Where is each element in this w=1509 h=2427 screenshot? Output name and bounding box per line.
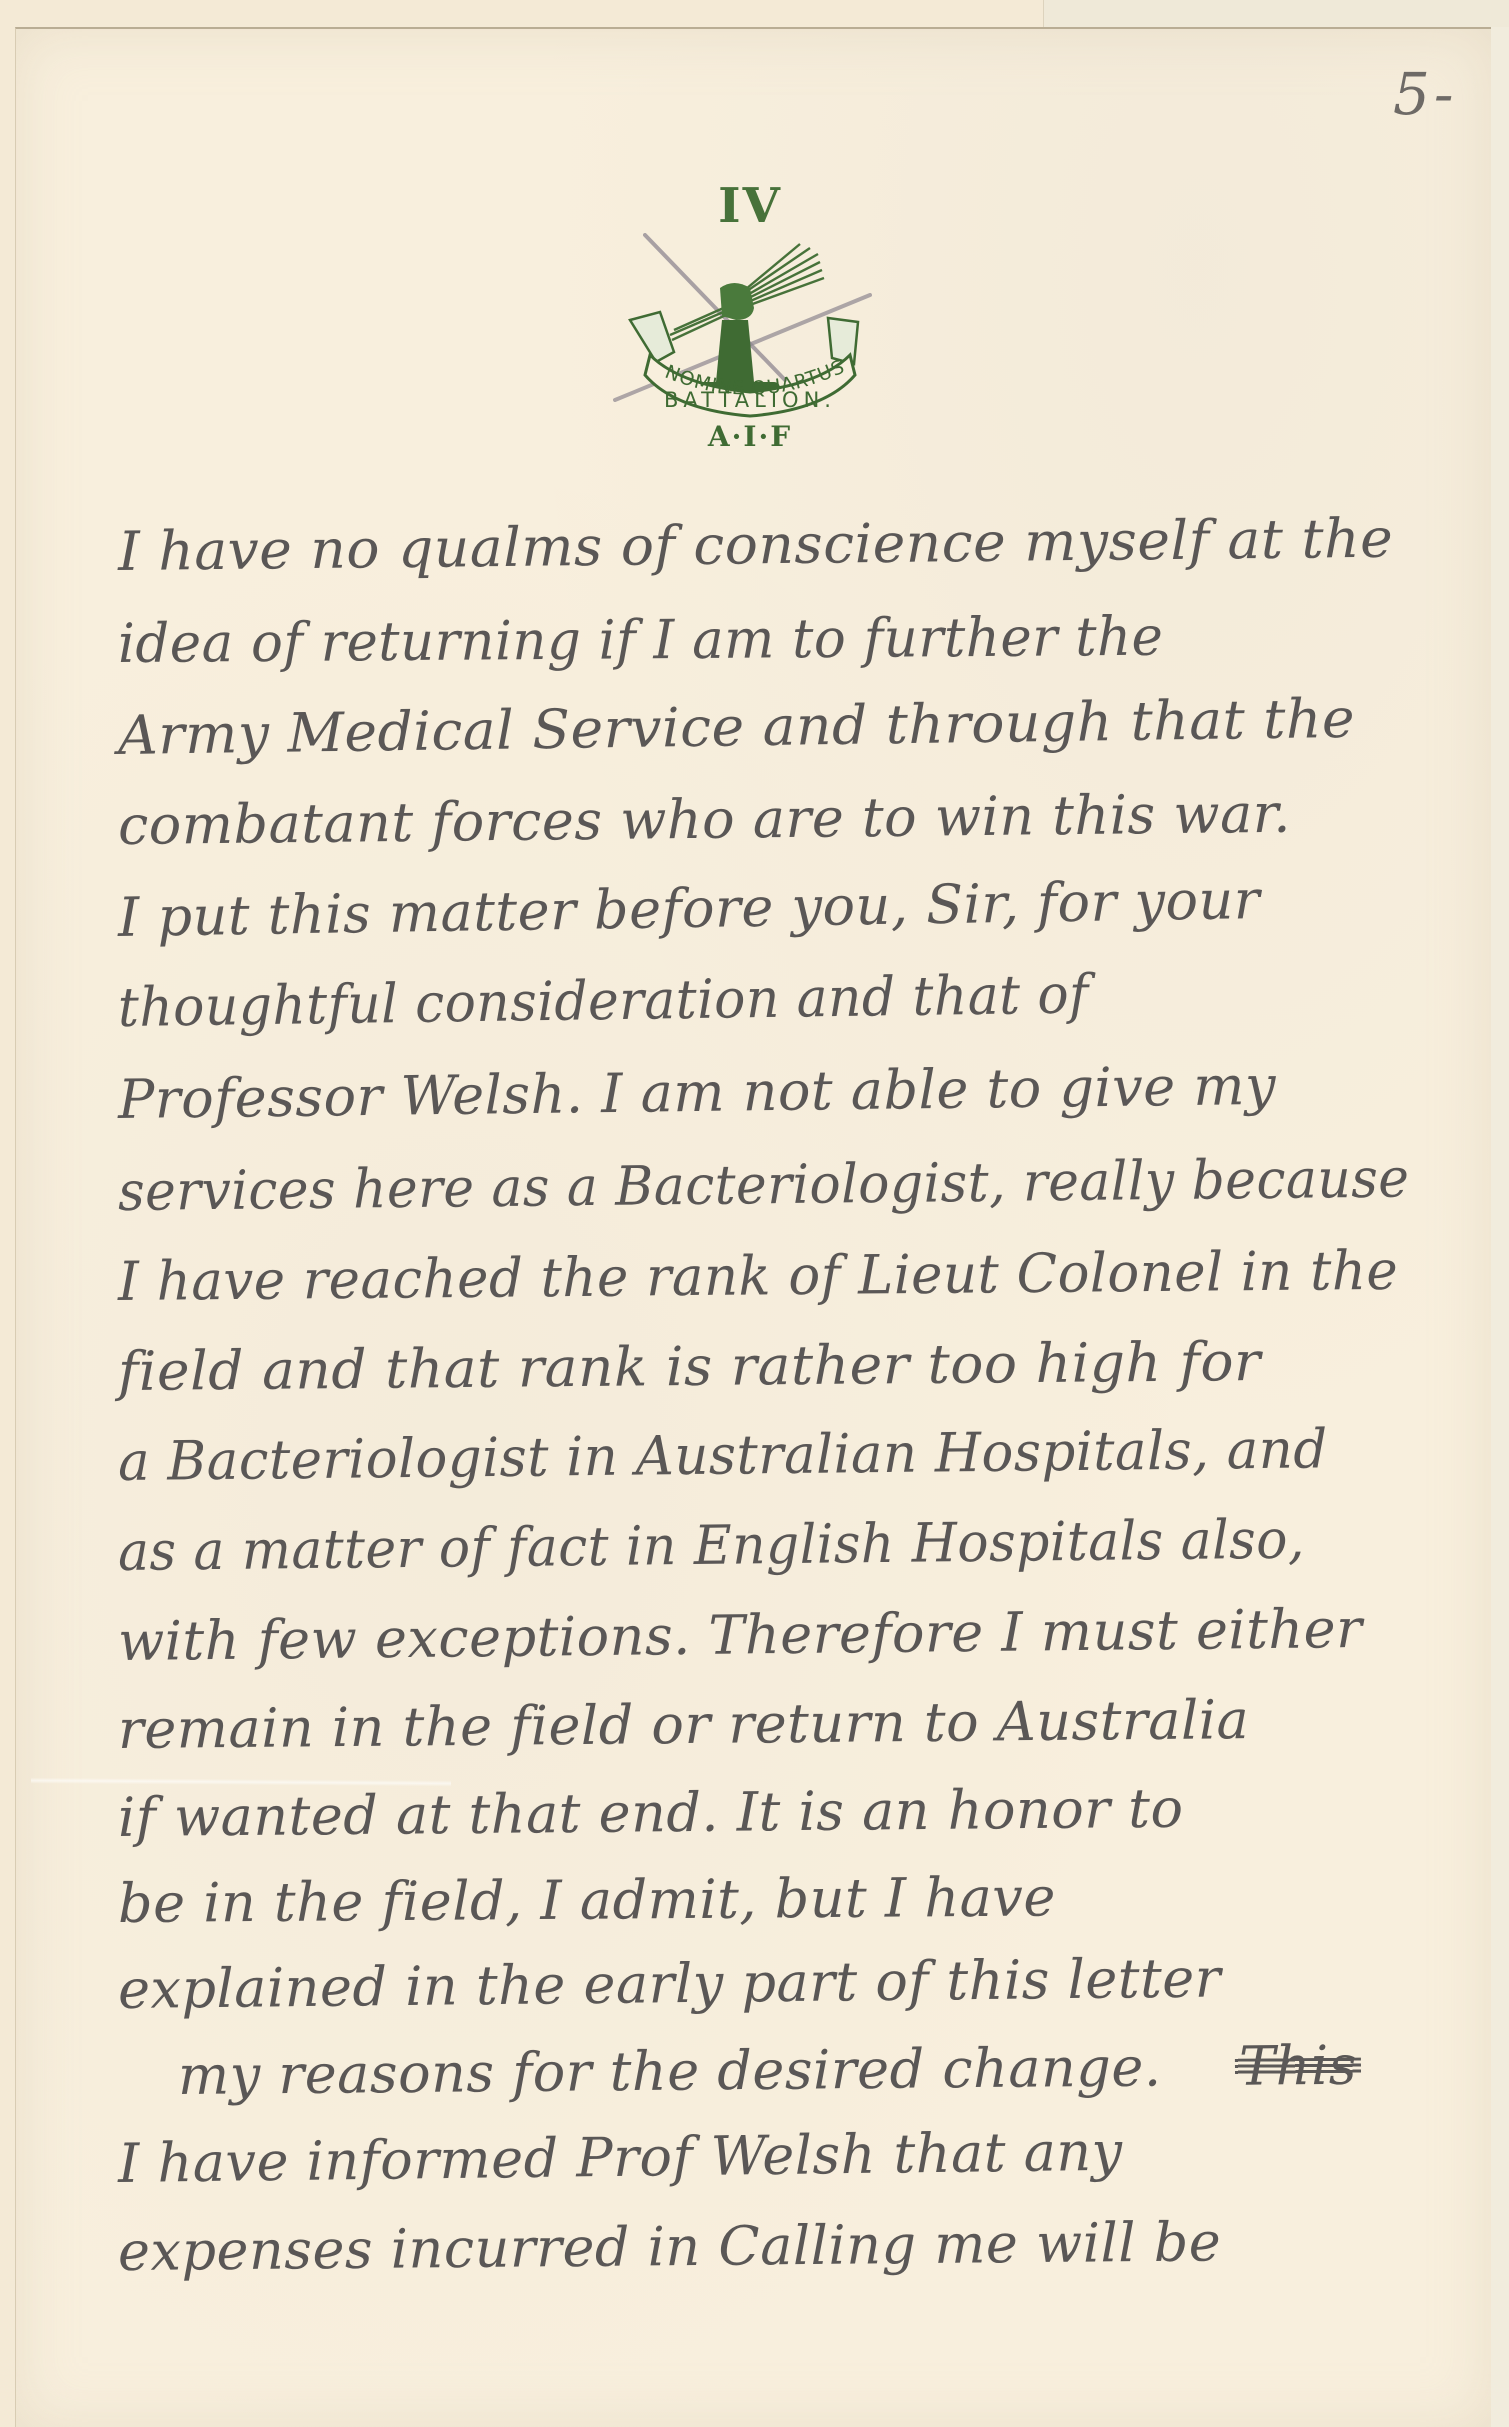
letter-line: a Bacteriologist in Australian Hospitals…: [118, 1417, 1328, 1493]
letter-line: remain in the field or return to Austral…: [118, 1688, 1250, 1761]
battalion-letterhead-crest: IV NOMINE QUARTUS. BATT: [610, 170, 890, 470]
letter-line: field and that rank is rather too high f…: [118, 1330, 1261, 1403]
letter-line: be in the field, I admit, but I have: [118, 1865, 1056, 1935]
crest-unit-label: BATTALION.: [610, 388, 890, 412]
sheet-right-margin-strip: [1491, 27, 1509, 2427]
letter-line: with few exceptions. Therefore I must ei…: [118, 1597, 1363, 1673]
letter-line-with-strikeout: my reasons for the desired change. This: [178, 2034, 1357, 2107]
page-number: 5-: [1393, 60, 1458, 128]
struck-out-word: This: [1239, 2034, 1357, 2098]
letter-line: idea of returning if I am to further the: [118, 605, 1164, 675]
letter-line: combatant forces who are to win this war…: [118, 782, 1291, 857]
letter-line: if wanted at that end. It is an honor to: [118, 1777, 1184, 1849]
letter-line: I have informed Prof Welsh that any: [118, 2120, 1123, 2195]
letter-line: explained in the early part of this lett…: [118, 1946, 1222, 2021]
letter-line: I have reached the rank of Lieut Colonel…: [118, 1239, 1399, 1313]
letter-line: I have no qualms of conscience myself at…: [118, 507, 1394, 583]
letter-line: expenses incurred in Calling me will be: [118, 2210, 1222, 2283]
letter-line-text: my reasons for the desired change.: [178, 2035, 1162, 2107]
letter-line: as a matter of fact in English Hospitals…: [118, 1508, 1305, 1583]
crest-force-label: A·I·F: [610, 420, 890, 453]
